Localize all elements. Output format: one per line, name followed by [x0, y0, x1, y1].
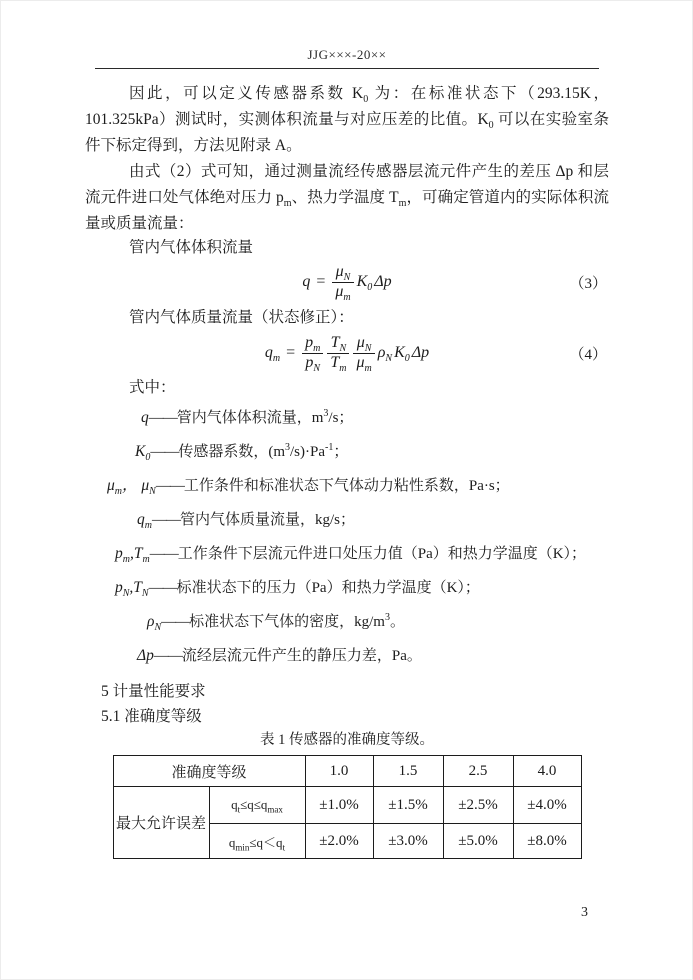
- page-number: 3: [85, 905, 609, 921]
- definition-qm-text: 管内气体质量流量，kg/s；: [180, 512, 355, 528]
- definition-k0: K0——传感器系数，(m3/s)·Pa-1；: [85, 435, 609, 469]
- table-corner-cell: 准确度等级: [113, 756, 305, 787]
- eq3-viscosity-fraction: μNμm: [332, 263, 353, 301]
- eq4-density: ρN: [378, 344, 392, 362]
- grade-cell: 1.0: [305, 756, 373, 787]
- symbol-definition-list: q——管内气体体积流量，m3/s； K0——传感器系数，(m3/s)·Pa-1；…: [85, 401, 609, 673]
- definition-pm-tm-text: 工作条件下层流元件进口处压力值（Pa）和热力学温度（K）；: [178, 546, 586, 562]
- definition-rho-text: 标准状态下气体的密度，kg/m3。: [189, 614, 405, 630]
- eq3-coefficient: K0: [357, 273, 373, 291]
- symbol-k0: K0: [135, 443, 150, 460]
- eq4-lhs: qm: [265, 344, 280, 362]
- grade-cell: 4.0: [513, 756, 581, 787]
- error-value-cell: ±2.5%: [443, 787, 513, 824]
- definition-delta-p: Δp——流经层流元件产生的静压力差，Pa。: [85, 639, 609, 673]
- definition-mu: μm， μN——工作条件和标准状态下气体动力粘性系数，Pa·s；: [85, 469, 609, 503]
- where-label: 式中：: [85, 377, 609, 399]
- table-header-row: 准确度等级 1.0 1.5 2.5 4.0: [113, 756, 581, 787]
- symbol-delta-p: Δp: [137, 647, 154, 664]
- error-value-cell: ±1.0%: [305, 787, 373, 824]
- equation-3: q = μNμm K0 Δp （3）: [85, 259, 609, 305]
- symbol-pm-tm: pm,Tm: [115, 545, 150, 562]
- error-value-cell: ±8.0%: [513, 824, 581, 859]
- eq4-pressure-fraction: pmpN: [302, 334, 323, 372]
- symbol-pn-tn: pN,TN: [115, 579, 149, 596]
- definition-delta-p-text: 流经层流元件产生的静压力差，Pa。: [182, 648, 422, 664]
- equation-3-number: （3）: [569, 272, 607, 293]
- page-content: JJG×××-20×× 因此，可以定义传感器系数 K0 为：在标准状态下（293…: [1, 1, 692, 921]
- table-1-caption: 表 1 传感器的准确度等级。: [85, 729, 609, 751]
- definition-q: q——管内气体体积流量，m3/s；: [85, 401, 609, 435]
- equation-4-formula: qm = pmpN TNTm μNμm ρN K0 Δp: [264, 334, 430, 372]
- grade-cell: 2.5: [443, 756, 513, 787]
- header-rule: [95, 68, 599, 69]
- eq4-equals: =: [286, 344, 295, 362]
- grade-cell: 1.5: [373, 756, 443, 787]
- definition-rho: ρN——标准状态下气体的密度，kg/m3。: [85, 605, 609, 639]
- section-heading-5-1: 5.1 准确度等级: [85, 705, 609, 729]
- definition-mu-text: 工作条件和标准状态下气体动力粘性系数，Pa·s；: [184, 478, 510, 494]
- error-value-cell: ±1.5%: [373, 787, 443, 824]
- error-value-cell: ±4.0%: [513, 787, 581, 824]
- error-value-cell: ±3.0%: [373, 824, 443, 859]
- error-value-cell: ±5.0%: [443, 824, 513, 859]
- row-label-cell: 最大允许误差: [113, 787, 209, 859]
- equation-4-number: （4）: [569, 343, 607, 364]
- symbol-mu: μm， μN: [107, 477, 156, 494]
- volume-flow-label: 管内气体体积流量: [85, 237, 609, 259]
- definition-pn-tn: pN,TN——标准状态下的压力（Pa）和热力学温度（K）；: [85, 571, 609, 605]
- definition-pn-tn-text: 标准状态下的压力（Pa）和热力学温度（K）；: [177, 580, 480, 596]
- paragraph-sensor-coefficient: 因此，可以定义传感器系数 K0 为：在标准状态下（293.15K，101.325…: [85, 81, 609, 159]
- section-heading-5: 5 计量性能要求: [85, 679, 609, 705]
- symbol-rho: ρN: [147, 613, 161, 630]
- document-page: { "header": { "doc_code": "JJG×××-20××" …: [0, 0, 693, 980]
- eq4-delta-p: Δp: [412, 344, 429, 362]
- table-row-upper-range: 最大允许误差 qt≤q≤qmax ±1.0% ±1.5% ±2.5% ±4.0%: [113, 787, 581, 824]
- eq4-viscosity-fraction: μNμm: [353, 334, 374, 372]
- definition-q-text: 管内气体体积流量，m3/s；: [177, 410, 354, 426]
- definition-qm: qm——管内气体质量流量，kg/s；: [85, 503, 609, 537]
- flow-range-cell: qt≤q≤qmax: [209, 787, 305, 824]
- paragraph-formula-2-explanation: 由式（2）式可知，通过测量流经传感器层流元件产生的差压 Δp 和层流元件进口处气…: [85, 159, 609, 237]
- accuracy-grade-table: 准确度等级 1.0 1.5 2.5 4.0 最大允许误差 qt≤q≤qmax ±…: [113, 755, 582, 859]
- mass-flow-label: 管内气体质量流量（状态修正）：: [85, 307, 609, 329]
- flow-range-cell: qmin≤q＜qt: [209, 824, 305, 859]
- eq4-coefficient: K0: [394, 344, 410, 362]
- definition-k0-text: 传感器系数，(m3/s)·Pa-1；: [178, 444, 348, 460]
- eq3-lhs: q: [302, 273, 310, 291]
- symbol-q: q: [141, 409, 149, 426]
- equation-4: qm = pmpN TNTm μNμm ρN K0 Δp （4）: [85, 329, 609, 377]
- equation-3-formula: q = μNμm K0 Δp: [301, 263, 392, 301]
- symbol-qm: qm: [137, 511, 152, 528]
- doc-code: JJG×××-20××: [85, 47, 609, 68]
- eq3-equals: =: [316, 273, 325, 291]
- definition-pm-tm: pm,Tm——工作条件下层流元件进口处压力值（Pa）和热力学温度（K）；: [85, 537, 609, 571]
- page-header: JJG×××-20××: [85, 1, 609, 69]
- eq4-temperature-fraction: TNTm: [327, 334, 349, 372]
- error-value-cell: ±2.0%: [305, 824, 373, 859]
- eq3-delta-p: Δp: [374, 273, 391, 291]
